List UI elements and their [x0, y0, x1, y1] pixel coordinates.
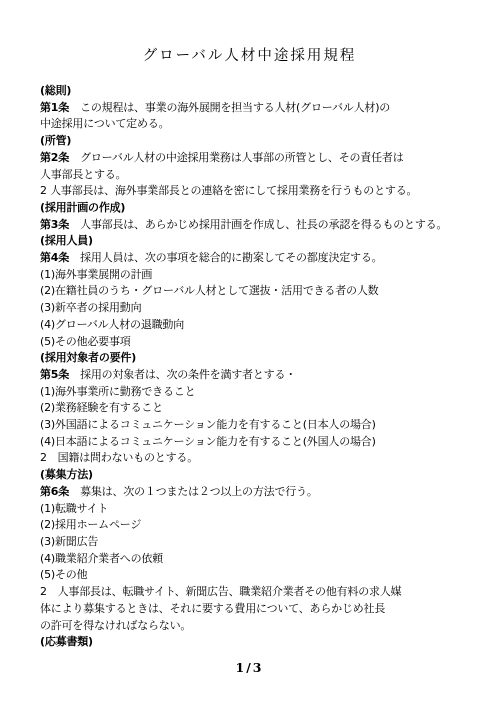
article-text: グローバル人材の中途採用業務は人事部の所管とし、その責任者は [80, 151, 403, 164]
document-line: (4)グローバル人材の退職動向 [40, 317, 459, 334]
document-line: (3)新聞広告 [40, 534, 459, 551]
article-text: 人事部長は、あらかじめ採用計画を作成し、社長の承認を得るものとする。 [80, 218, 447, 231]
document-line: (2)採用ホームページ [40, 517, 459, 534]
document-line: (1)海外事業展開の計画 [40, 267, 459, 284]
document-page: グローバル人材中途採用規程 (総則)第1条この規程は、事業の海外展開を担当する人… [0, 0, 489, 716]
section-heading: (所管) [40, 133, 459, 150]
section-heading: (募集方法) [40, 467, 459, 484]
section-heading: (採用計画の作成) [40, 200, 459, 217]
article-text: 採用の対象者は、次の条件を満す者とする・ [80, 368, 296, 381]
article-number: 第5条 [40, 368, 69, 381]
document-line: (1)海外事業所に勤務できること [40, 384, 459, 401]
article-text: この規程は、事業の海外展開を担当する人材(グローバル人材)の [80, 101, 390, 114]
document-line: 第1条この規程は、事業の海外展開を担当する人材(グローバル人材)の [40, 100, 459, 117]
document-line: (1)転職サイト [40, 501, 459, 518]
document-line: の許可を得なければならない。 [40, 618, 459, 635]
document-line: (5)その他必要事項 [40, 334, 459, 351]
section-heading: (総則) [40, 83, 459, 100]
document-line: 2 人事部長は、転職サイト、新聞広告、職業紹介業者その他有料の求人媒 [40, 584, 459, 601]
document-line: 第5条採用の対象者は、次の条件を満す者とする・ [40, 367, 459, 384]
article-number: 第6条 [40, 485, 69, 498]
document-line: (5)その他 [40, 567, 459, 584]
document-line: (2)在籍社員のうち・グローバル人材として選抜・活用できる者の人数 [40, 283, 459, 300]
document-line: (4)職業紹介業者への依頼 [40, 551, 459, 568]
document-body: (総則)第1条この規程は、事業の海外展開を担当する人材(グローバル人材)の中途採… [40, 83, 459, 651]
document-line: 2 人事部長は、海外事業部長との連絡を密にして採用業務を行うものとする。 [40, 183, 459, 200]
document-line: 2 国籍は問わないものとする。 [40, 450, 459, 467]
document-line: 第4条採用人員は、次の事項を総合的に勘案してその都度決定する。 [40, 250, 459, 267]
article-number: 第1条 [40, 101, 69, 114]
document-line: 第2条グローバル人材の中途採用業務は人事部の所管とし、その責任者は [40, 150, 459, 167]
article-text: 募集は、次の１つまたは２つ以上の方法で行う。 [80, 485, 318, 498]
document-line: (3)新卒者の採用動向 [40, 300, 459, 317]
document-line: 第6条募集は、次の１つまたは２つ以上の方法で行う。 [40, 484, 459, 501]
section-heading: (採用人員) [40, 233, 459, 250]
section-heading: (応募書類) [40, 634, 459, 651]
page-number: 1/3 [40, 660, 459, 675]
article-number: 第4条 [40, 251, 69, 264]
document-line: (3)外国語によるコミュニケーション能力を有すること(日本人の場合) [40, 417, 459, 434]
section-heading: (採用対象者の要件) [40, 350, 459, 367]
document-line: 第3条人事部長は、あらかじめ採用計画を作成し、社長の承認を得るものとする。 [40, 217, 459, 234]
article-text: 採用人員は、次の事項を総合的に勘案してその都度決定する。 [80, 251, 382, 264]
article-number: 第3条 [40, 218, 69, 231]
document-line: (4)日本語によるコミュニケーション能力を有すること(外国人の場合) [40, 434, 459, 451]
article-number: 第2条 [40, 151, 69, 164]
document-line: 中途採用について定める。 [40, 116, 459, 133]
document-line: 体により募集するときは、それに要する費用について、あらかじめ社長 [40, 601, 459, 618]
document-line: (2)業務経験を有すること [40, 400, 459, 417]
document-title: グローバル人材中途採用規程 [40, 46, 459, 66]
document-line: 人事部長とする。 [40, 167, 459, 184]
